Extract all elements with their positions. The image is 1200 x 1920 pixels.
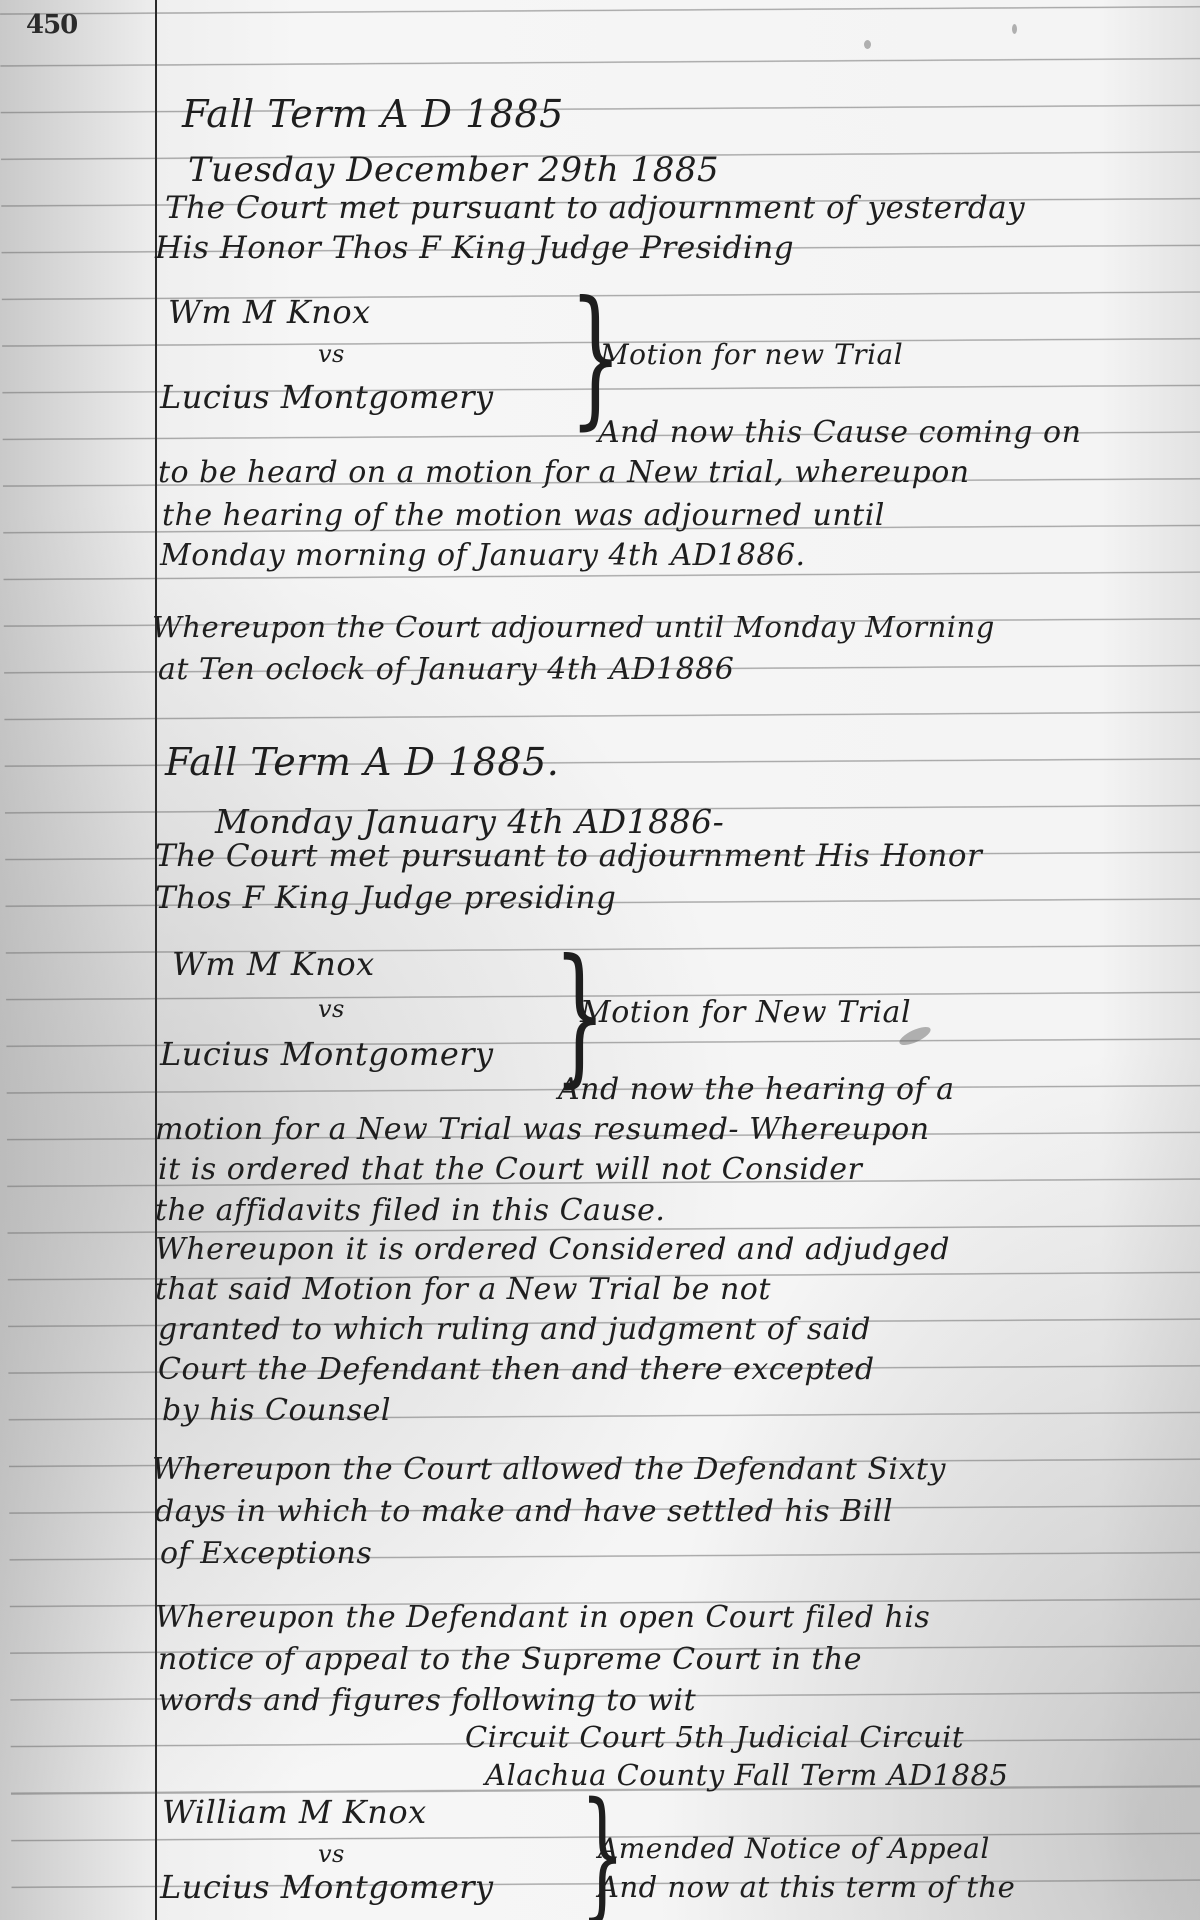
adjournment-line: Whereupon the Court adjourned until Mond… <box>152 610 995 644</box>
opening-line: Thos F King Judge presiding <box>155 880 616 916</box>
case-matter: Motion for new Trial <box>600 338 903 371</box>
appeal-line: Whereupon the Defendant in open Court fi… <box>155 1600 930 1635</box>
opening-line: His Honor Thos F King Judge Presiding <box>155 230 794 266</box>
ink-spot <box>864 40 871 49</box>
opening-line: The Court met pursuant to adjournment Hi… <box>155 838 982 874</box>
appeal-line: notice of appeal to the Supreme Court in… <box>158 1642 862 1677</box>
body-line: that said Motion for a New Trial be not <box>155 1272 771 1307</box>
ink-spot <box>1012 24 1017 34</box>
body-line: by his Counsel <box>162 1393 391 1428</box>
body-line: to be heard on a motion for a New trial,… <box>158 455 970 490</box>
body-line: Whereupon it is ordered Considered and a… <box>155 1232 950 1267</box>
appeal-plaintiff: William M Knox <box>162 1793 427 1831</box>
page-number: 450 <box>26 10 77 40</box>
session-date: Tuesday December 29th 1885 <box>188 150 719 190</box>
caption-line: Circuit Court 5th Judicial Circuit <box>465 1720 964 1754</box>
case-matter: Motion for New Trial <box>580 995 911 1030</box>
appeal-defendant: Lucius Montgomery <box>160 1868 494 1906</box>
body-line: Monday morning of January 4th AD1886. <box>160 538 806 573</box>
appeal-matter: And now at this term of the <box>598 1870 1015 1904</box>
case-versus: vs <box>318 340 345 368</box>
case-defendant: Lucius Montgomery <box>160 378 494 416</box>
appeal-versus: vs <box>318 1840 345 1868</box>
exceptions-line: days in which to make and have settled h… <box>155 1494 893 1529</box>
caption-line: Alachua County Fall Term AD1885 <box>485 1758 1008 1792</box>
ledger-page: 450 Fall Term A D 1885 Tuesday December … <box>0 0 1200 1920</box>
body-line: it is ordered that the Court will not Co… <box>158 1152 862 1187</box>
case-versus: vs <box>318 995 345 1023</box>
appeal-line: words and figures following to wit <box>158 1683 696 1718</box>
body-line: granted to which ruling and judgment of … <box>158 1312 871 1347</box>
body-line: Court the Defendant then and there excep… <box>158 1352 875 1387</box>
appeal-matter: Amended Notice of Appeal <box>598 1832 990 1865</box>
exceptions-line: of Exceptions <box>160 1536 372 1571</box>
case-plaintiff: Wm M Knox <box>168 293 371 331</box>
adjournment-line: at Ten oclock of January 4th AD1886 <box>158 652 734 687</box>
case-defendant: Lucius Montgomery <box>160 1035 494 1073</box>
case-plaintiff: Wm M Knox <box>172 945 375 983</box>
body-line: And now the hearing of a <box>558 1072 955 1107</box>
body-line: the affidavits filed in this Cause. <box>155 1193 665 1228</box>
term-heading: Fall Term A D 1885. <box>165 740 559 784</box>
exceptions-line: Whereupon the Court allowed the Defendan… <box>152 1452 946 1487</box>
body-line: the hearing of the motion was adjourned … <box>162 498 885 533</box>
opening-line: The Court met pursuant to adjournment of… <box>165 190 1025 226</box>
term-heading: Fall Term A D 1885 <box>182 92 564 136</box>
body-line: motion for a New Trial was resumed- Wher… <box>155 1112 930 1147</box>
session-date: Monday January 4th AD1886- <box>215 802 724 841</box>
body-line: And now this Cause coming on <box>598 415 1081 450</box>
